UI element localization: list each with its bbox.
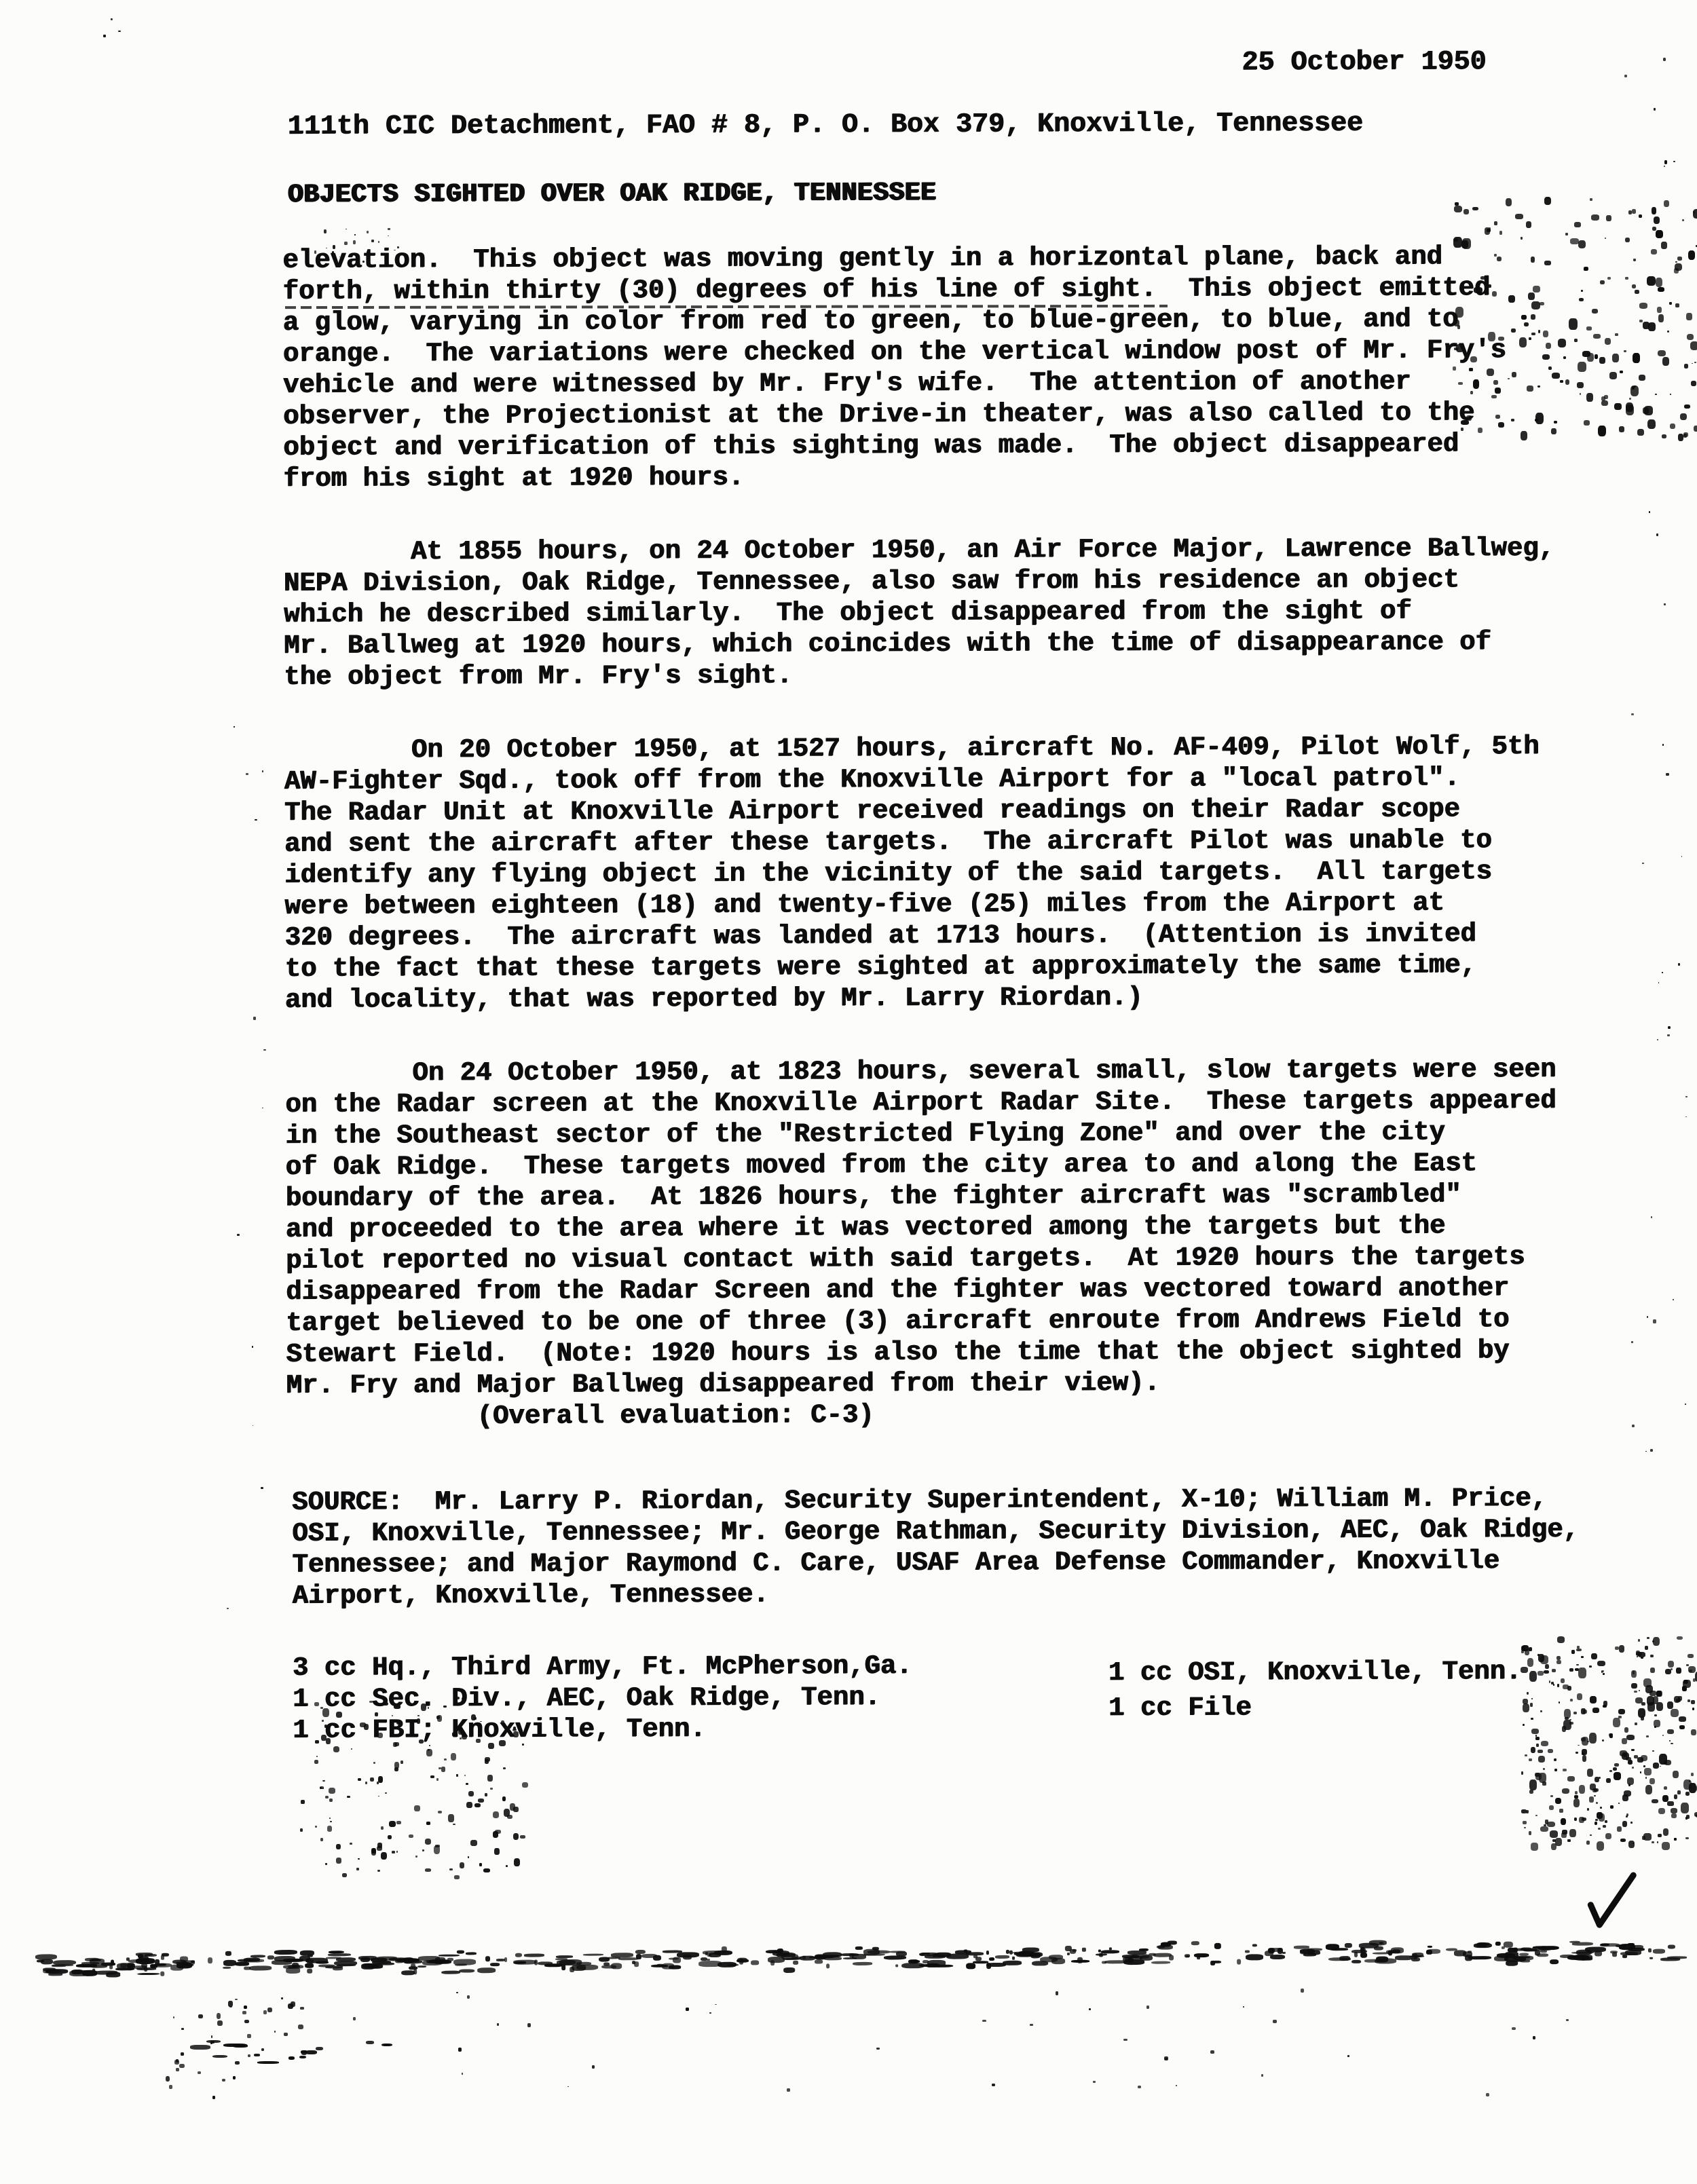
document-date: 25 October 1950 (1242, 47, 1486, 79)
distribution-list-right: 1 cc OSI, Knoxville, Tenn.1 cc File (1108, 1654, 1522, 1726)
scanned-document-page: 25 October 1950 111th CIC Detachment, FA… (0, 0, 1697, 2184)
paragraph-radar-20-october: On 20 October 1950, at 1527 hours, aircr… (284, 731, 1556, 1016)
typewritten-content: 25 October 1950 111th CIC Detachment, FA… (0, 0, 1697, 2184)
paragraph-ballweg-sighting: At 1855 hours, on 24 October 1950, an Ai… (283, 533, 1554, 693)
paragraph-fry-sighting: elevation. This object was moving gently… (282, 241, 1554, 495)
document-body: elevation. This object was moving gently… (282, 241, 1557, 1475)
distribution-list-left: 3 cc Hq., Third Army, Ft. McPherson,Ga.1… (293, 1651, 912, 1746)
letterhead-line: 111th CIC Detachment, FAO # 8, P. O. Box… (287, 109, 1362, 143)
source-section: SOURCE: Mr. Larry P. Riordan, Security S… (292, 1483, 1579, 1612)
subject-line: OBJECTS SIGHTED OVER OAK RIDGE, TENNESSE… (288, 178, 937, 211)
paragraph-radar-24-october: On 24 October 1950, at 1823 hours, sever… (285, 1054, 1557, 1433)
